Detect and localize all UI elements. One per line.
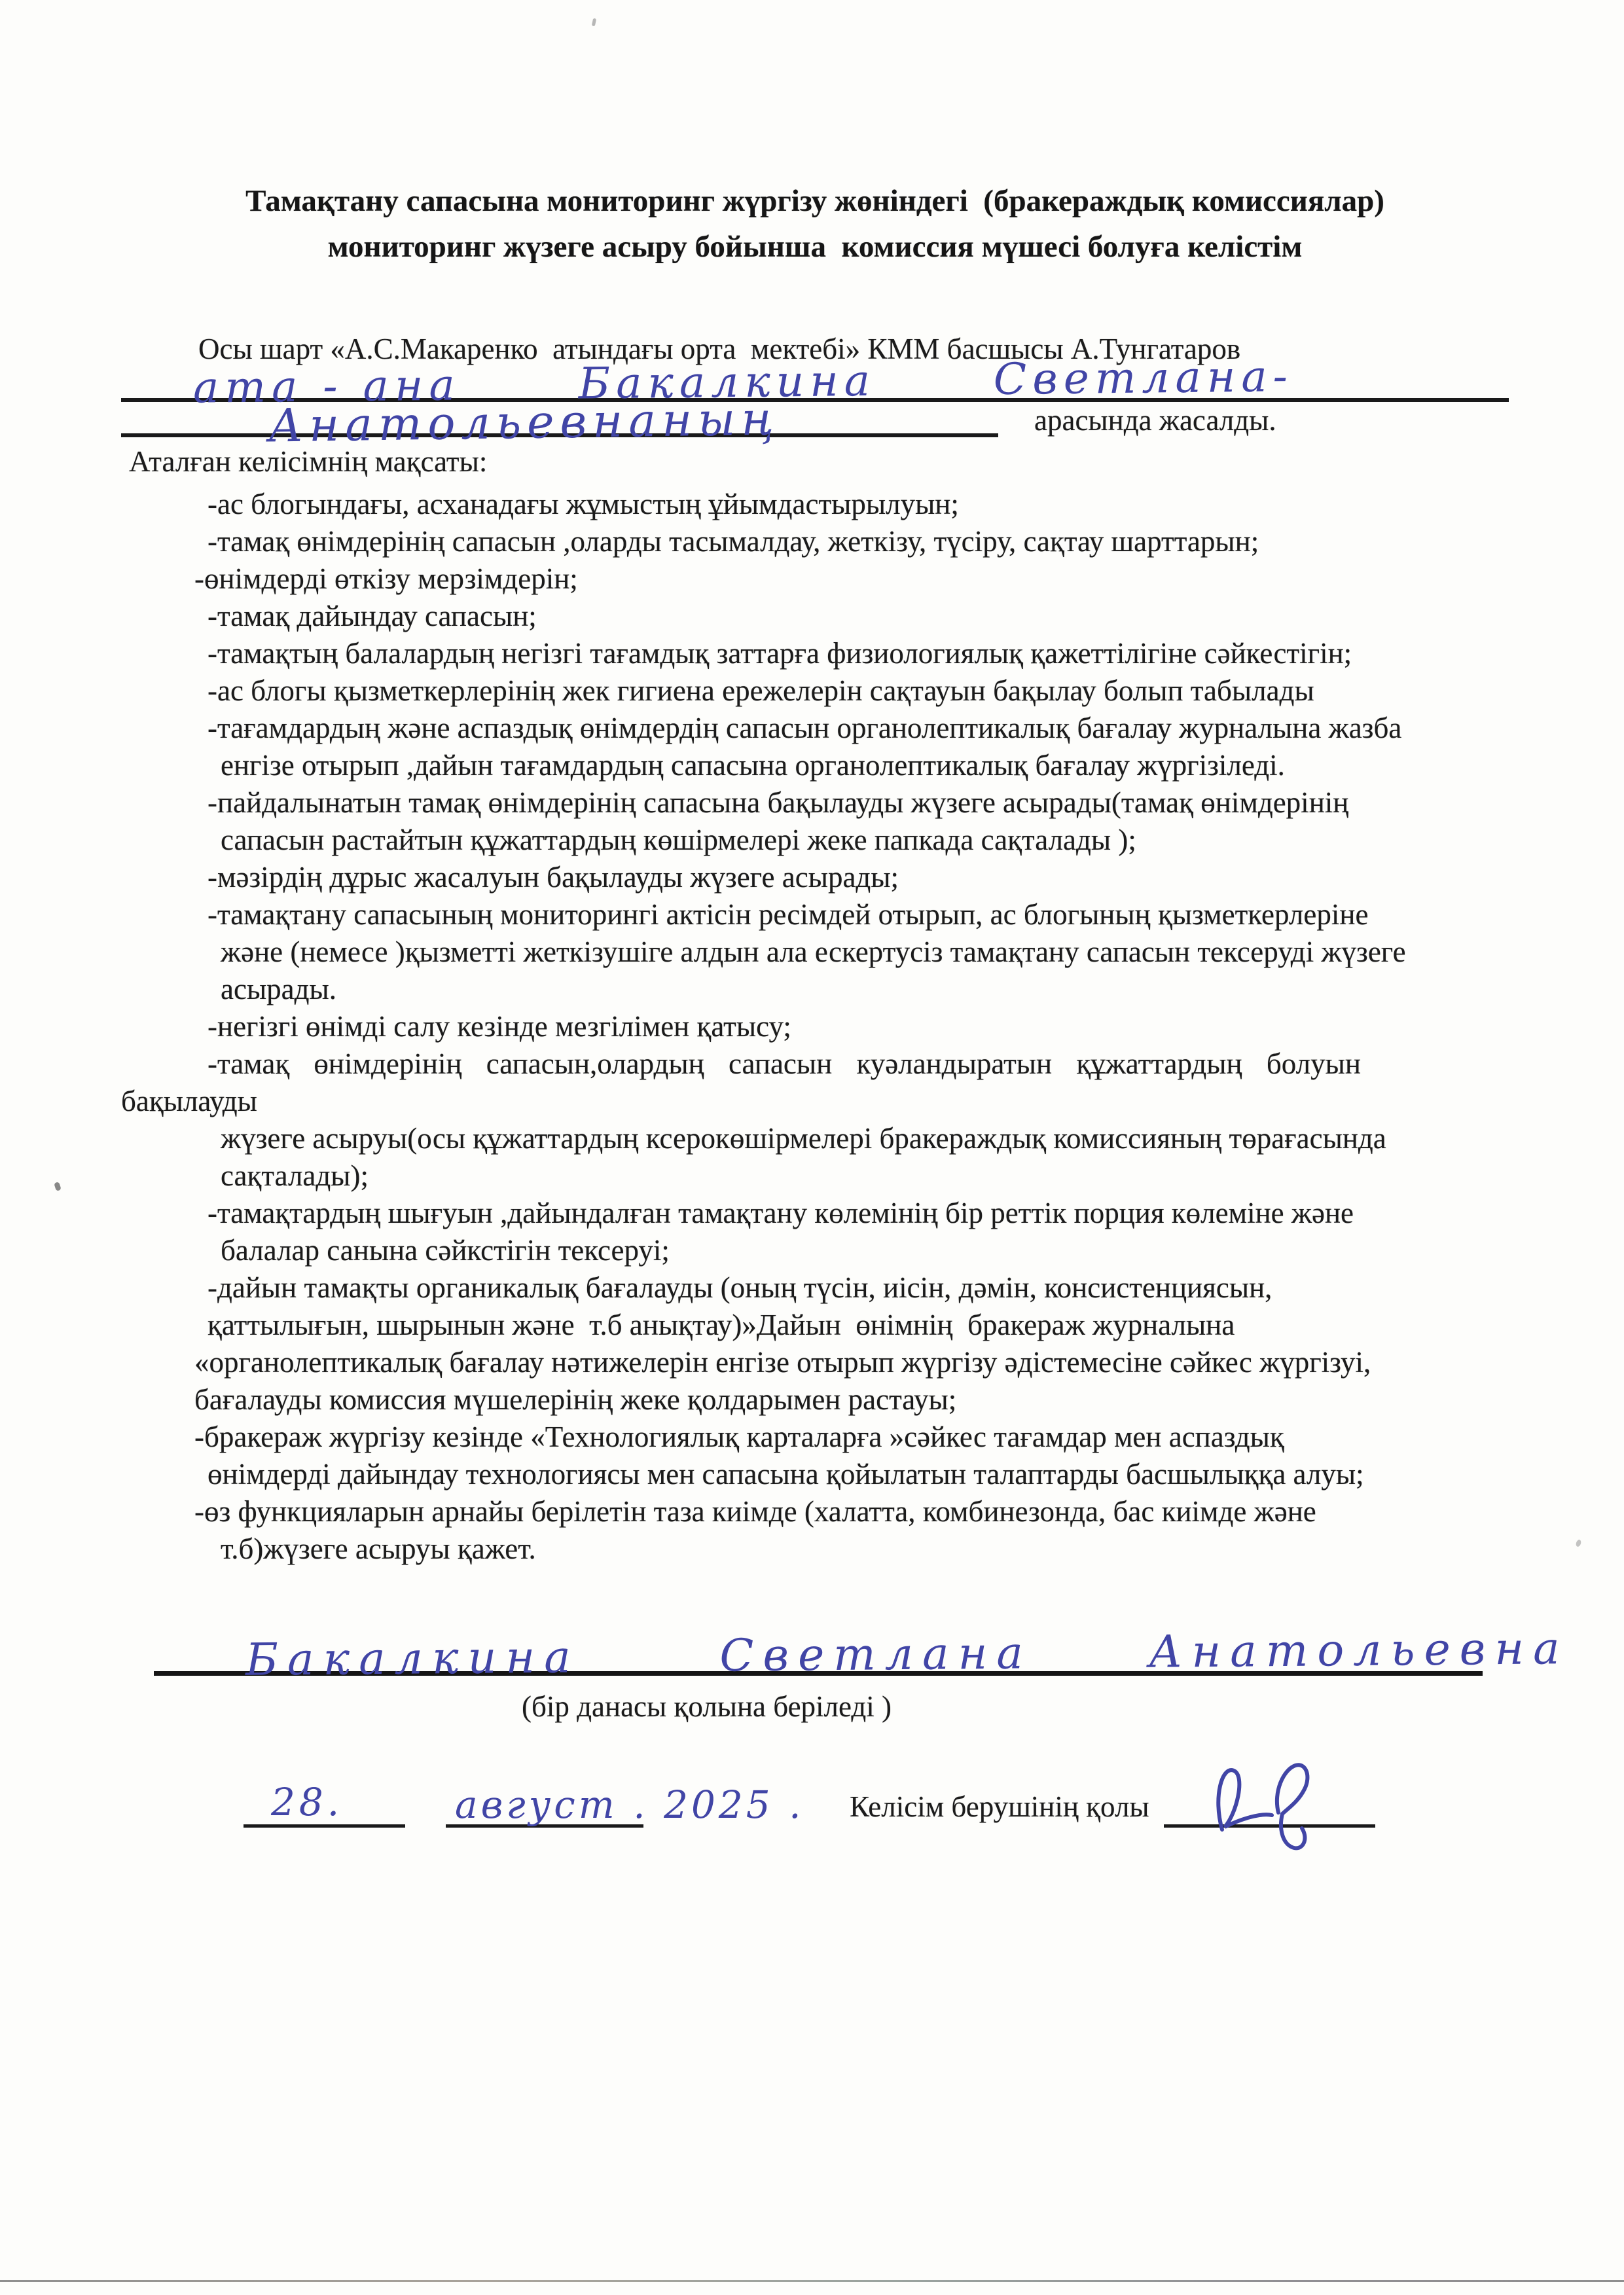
agreement-clause-line: -тамақ өнімдерінің сапасын,олардың сапас…: [121, 1045, 1509, 1083]
agreement-clause-line: -бракераж жүргізу кезінде «Технологиялық…: [121, 1419, 1509, 1456]
handwritten-date-day: 28.: [271, 1780, 343, 1824]
agreement-clause-line: -тамақтың балалардың негізгі тағамдық за…: [121, 635, 1509, 672]
agreement-clause-line: -ас блогындағы, асханадағы жұмыстың ұйым…: [121, 486, 1509, 523]
agreement-clause-line: -тамақтану сапасының мониторингі актісін…: [121, 896, 1509, 933]
scan-speck: [592, 18, 596, 27]
agreement-clause-line: «органолептикалық бағалау нәтижелерін ен…: [121, 1344, 1509, 1381]
agreement-clause-line: жүзеге асыруы(осы құжаттардың ксерокөшір…: [121, 1120, 1509, 1157]
agreement-clause-line: қаттылығын, шырынын және т.б анықтау)»Да…: [121, 1307, 1509, 1344]
scanned-agreement-page: Тамақтану сапасына мониторинг жүргізу жө…: [0, 0, 1624, 2295]
signature-name-line: Бакалкина Светлана Анатольевна: [154, 1619, 1483, 1676]
date-month-year-line: август . 2025 .: [446, 1792, 643, 1828]
agreement-clauses: -ас блогындағы, асханадағы жұмыстың ұйым…: [121, 486, 1509, 1568]
agreement-clause-line: -пайдалынатын тамақ өнімдерінің сапасына…: [121, 784, 1509, 822]
scan-speck: [54, 1182, 62, 1191]
between-parties-label: арасында жасалды.: [998, 403, 1276, 437]
agreement-clause-line: бағалауды комиссия мүшелерінің жеке қолд…: [121, 1381, 1509, 1419]
handwritten-date-month-year: август . 2025 .: [455, 1782, 804, 1827]
signer-signature-label: Келісім берушінің қолы: [850, 1790, 1149, 1828]
agreement-clause-line: және (немесе )қызметті жеткізушіге алдын…: [121, 933, 1509, 971]
date-signature-row: 28. август . 2025 . Келісім берушінің қо…: [121, 1794, 1509, 1828]
agreement-clause-line: балалар санына сәйкстігін тексеруі;: [121, 1232, 1509, 1269]
signer-signature-line: [1164, 1792, 1375, 1828]
copy-note: (бір данасы қолына беріледі ): [522, 1690, 1509, 1723]
date-day-line: 28.: [244, 1792, 405, 1828]
party-fill-in-row-2: Анатольевнаның арасында жасалды.: [121, 402, 1509, 437]
agreement-clause-line: -өнімдерді өткізу мерзімдерін;: [121, 560, 1509, 598]
handwritten-full-name: Бакалкина Светлана Анатольевна: [245, 1623, 1569, 1686]
agreement-clause-line: т.б)жүзеге асыруы қажет.: [121, 1530, 1509, 1568]
document-title: Тамақтану сапасына мониторинг жүргізу жө…: [121, 178, 1509, 270]
agreement-clause-line: бақылауды: [121, 1083, 1509, 1120]
agreement-clause-line: енгізе отырып ,дайын тағамдардың сапасын…: [121, 747, 1509, 784]
agreement-clause-line: өнімдерді дайындау технологиясы мен сапа…: [121, 1456, 1509, 1493]
signer-signature-icon: [1200, 1754, 1357, 1852]
party-fill-in-line-2: Анатольевнаның: [121, 398, 998, 437]
agreement-clause-line: -өз функцияларын арнайы берілетін таза к…: [121, 1493, 1509, 1530]
party-fill-in-line-1: ата - ана Бакалкина Светлана-: [121, 365, 1509, 402]
agreement-clause-line: -тамақ өнімдерінің сапасын ,оларды тасым…: [121, 523, 1509, 560]
agreement-clause-line: -негізгі өнімді салу кезінде мезгілімен …: [121, 1008, 1509, 1045]
scan-speck: [1575, 1539, 1581, 1547]
agreement-clause-line: -дайын тамақты органикалық бағалауды (он…: [121, 1269, 1509, 1307]
agreement-clause-line: -тамақтардың шығуын ,дайындалған тамақта…: [121, 1195, 1509, 1232]
agreement-clause-line: -ас блогы қызметкерлерінің жек гигиена е…: [121, 672, 1509, 710]
agreement-clause-line: сақталады);: [121, 1157, 1509, 1195]
document-title-line2: мониторинг жүзеге асыру бойынша комиссия…: [121, 224, 1509, 270]
agreement-clause-line: асырады.: [121, 971, 1509, 1008]
handwritten-party-name-2: Анатольевнаның: [268, 392, 780, 453]
agreement-clause-line: -тамақ дайындау сапасын;: [121, 598, 1509, 635]
signature-name-row: Бакалкина Светлана Анатольевна: [121, 1619, 1509, 1676]
scan-bottom-edge: [0, 2280, 1624, 2282]
agreement-clause-line: -мәзірдің дұрыс жасалуын бақылауды жүзег…: [121, 859, 1509, 896]
agreement-clause-line: -тағамдардың және аспаздық өнімдердің са…: [121, 710, 1509, 747]
agreement-clause-line: сапасын растайтын құжаттардың көшірмелер…: [121, 822, 1509, 859]
document-title-line1: Тамақтану сапасына мониторинг жүргізу жө…: [121, 178, 1509, 224]
